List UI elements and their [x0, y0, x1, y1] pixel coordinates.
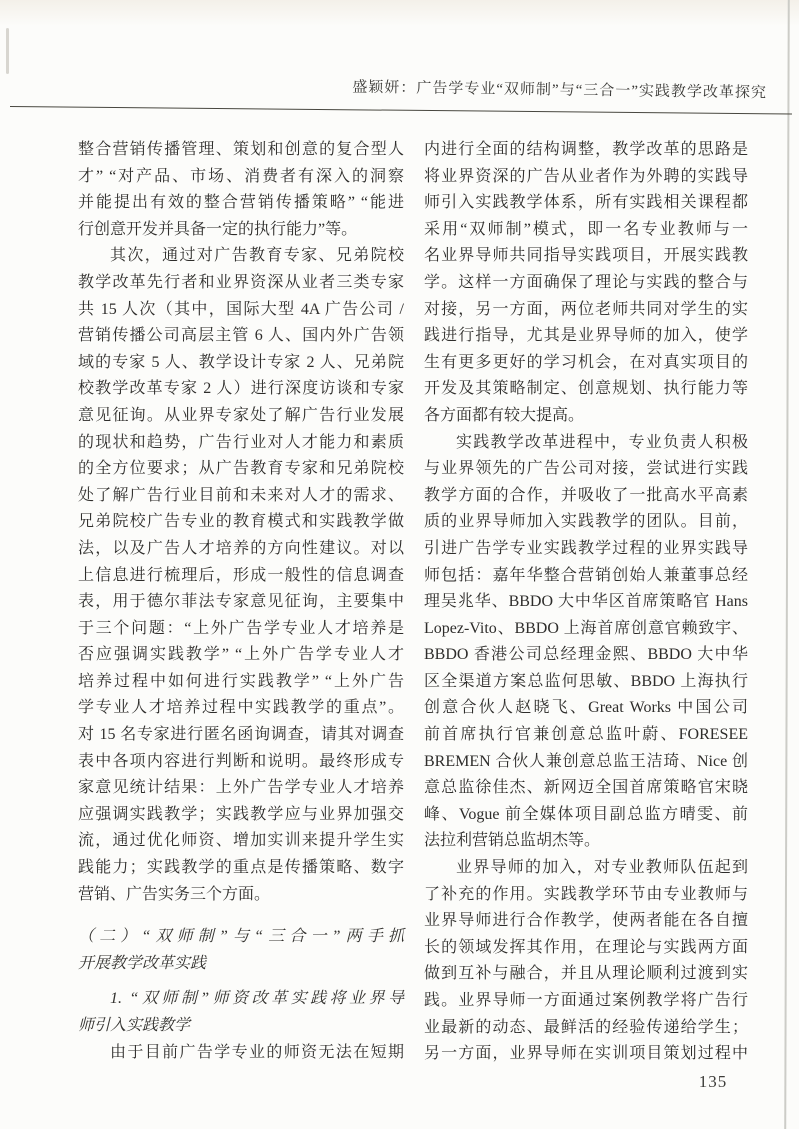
text-line: 业界导师进行合作教学，使两者能在各自擅	[424, 908, 748, 935]
body-block: 其次，通过对广告教育专家、兄弟院校教学改革先行者和业界资深从业者三类专家共 15…	[78, 243, 404, 908]
text-line: 生有更多更好的学习机会，在对真实项目的	[424, 350, 748, 377]
text-line: 创意合伙人赵晓飞、Great Works 中国公司	[424, 695, 748, 722]
text-line: 的全方位要求；从广告教育专家和兄弟院校	[78, 456, 404, 483]
text-line: 法，以及广告人才培养的方向性建议。对以	[78, 536, 404, 563]
body-block: 整合营销传播管理、策划和创意的复合型人才” “对产品、市场、消费者有深入的洞察并…	[78, 137, 404, 243]
body-block: 业界导师的加入，对专业教师队伍起到了补充的作用。实践教学环节由专业教师与业界导师…	[424, 855, 748, 1068]
text-line: 引进广告学专业实践教学过程的业界实践导	[424, 536, 748, 563]
text-line: 各方面都有较大提高。	[424, 403, 748, 430]
text-line: 了补充的作用。实践教学环节由专业教师与	[424, 882, 748, 909]
text-line: BREMEN 合伙人兼创意总监王洁琦、Nice 创	[424, 749, 748, 776]
text-line: 践。业界导师一方面通过案例教学将广告行	[424, 988, 748, 1015]
text-line: （二）“双师制”与“三合一”两手抓	[78, 924, 404, 951]
text-line: 内进行全面的结构调整，教学改革的思路是	[424, 137, 748, 164]
text-line: 流，通过优化师资、增加实训来提升学生实	[78, 828, 404, 855]
text-line: BBDO 香港公司总经理金熙、BBDO 大中华	[424, 642, 748, 669]
text-line: 共 15 人次（其中，国际大型 4A 广告公司 /	[78, 297, 404, 324]
text-line: 与业界领先的广告公司对接，尝试进行实践	[424, 456, 748, 483]
text-line: 意总监徐佳杰、新网迈全国首席策略官宋晓	[424, 775, 748, 802]
text-line: 营销、广告实务三个方面。	[78, 882, 404, 909]
body-block: 由于目前广告学专业的师资无法在短期	[78, 1040, 404, 1067]
text-line: 法拉利营销总监胡杰等。	[424, 828, 748, 855]
scanned-paper-page: 盛颖妍：广告学专业“双师制”与“三合一”实践教学改革探究 整合营销传播管理、策划…	[0, 0, 799, 1129]
text-line: 行创意开发并具备一定的执行能力”等。	[78, 217, 404, 244]
text-line: 兄弟院校广告专业的教育模式和实践教学做	[78, 509, 404, 536]
text-line: 应强调实践教学；实践教学应与业界加强交	[78, 802, 404, 829]
text-line: 峰、Vogue 前全媒体项目副总监方晴雯、前	[424, 802, 748, 829]
text-line: 意见征询。从业界专家处了解广告行业发展	[78, 403, 404, 430]
text-line: 践进行指导，尤其是业界导师的加入，使学	[424, 323, 748, 350]
text-line: 做到互补与融合，并且从理论顺利过渡到实	[424, 961, 748, 988]
text-line: 的现状和趋势，广告行业对人才能力和素质	[78, 430, 404, 457]
text-line: 践能力；实践教学的重点是传播策略、数字	[78, 855, 404, 882]
text-line: 师包括：嘉年华整合营销创始人兼董事总经	[424, 563, 748, 590]
text-line: 实践教学改革进程中，专业负责人积极	[424, 430, 748, 457]
text-line: 表中各项内容进行判断和说明。最终形成专	[78, 749, 404, 776]
text-line: 域的专家 5 人、教学设计专家 2 人、兄弟院	[78, 350, 404, 377]
text-line: 师引入实践教学	[78, 1013, 404, 1040]
text-line: 由于目前广告学专业的师资无法在短期	[78, 1040, 404, 1067]
text-line: 处了解广告行业目前和未来对人才的需求、	[78, 483, 404, 510]
text-line: 另一方面，业界导师在实训项目策划过程中	[424, 1041, 748, 1068]
text-line: 理吴兆华、BBDO 大中华区首席策略官 Hans	[424, 589, 748, 616]
text-line: 对 15 名专家进行匿名函询调查，请其对调查	[78, 722, 404, 749]
text-line: Lopez-Vito、BBDO 上海首席创意官赖致宇、	[424, 616, 748, 643]
text-line: 名业界导师共同指导实践项目，开展实践教	[424, 243, 748, 270]
text-line: 才” “对产品、市场、消费者有深入的洞察	[78, 164, 404, 191]
text-line: 前首席执行官兼创意总监叶蔚、FORESEE	[424, 722, 748, 749]
text-line: 校教学改革专家 2 人）进行深度访谈和专家	[78, 376, 404, 403]
text-line: 1. “双师制”师资改革实践将业界导	[78, 986, 404, 1013]
text-line: 否应强调实践教学” “上外广告学专业人才	[78, 642, 404, 669]
text-line: 区全渠道方案总监何思敏、BBDO 上海执行	[424, 669, 748, 696]
text-line: 开展教学改革实践	[78, 951, 404, 978]
text-line: 教学方面的合作，并吸收了一批高水平高素	[424, 483, 748, 510]
heading-block: （二）“双师制”与“三合一”两手抓开展教学改革实践	[78, 924, 404, 977]
left-text-column: 整合营销传播管理、策划和创意的复合型人才” “对产品、市场、消费者有深入的洞察并…	[78, 137, 404, 1066]
text-line: 营销传播公司高层主管 6 人、国内外广告领	[78, 323, 404, 350]
text-line: 长的领域发挥其作用，在理论与实践两方面	[424, 935, 748, 962]
right-text-column: 内进行全面的结构调整，教学改革的思路是将业界资深的广告从业者作为外聘的实践导师引…	[424, 137, 748, 1068]
text-line: 表，用于德尔菲法专家意见征询，主要集中	[78, 589, 404, 616]
body-block: 实践教学改革进程中，专业负责人积极与业界领先的广告公司对接，尝试进行实践教学方面…	[424, 430, 748, 856]
text-line: 对接，另一方面，两位老师共同对学生的实	[424, 297, 748, 324]
scan-left-mark	[6, 28, 9, 74]
text-line: 上信息进行梳理后，形成一般性的信息调查	[78, 563, 404, 590]
scan-top-shadow	[0, 0, 799, 26]
page-number: 135	[690, 1072, 736, 1092]
text-line: 家意见统计结果：上外广告学专业人才培养	[78, 775, 404, 802]
text-line: 学专业人才培养过程中实践教学的重点”。	[78, 695, 404, 722]
text-line: 学。这样一方面确保了理论与实践的整合与	[424, 270, 748, 297]
text-line: 培养过程中如何进行实践教学” “上外广告	[78, 669, 404, 696]
scan-right-edge-line	[784, 0, 789, 1129]
text-line: 将业界资深的广告从业者作为外聘的实践导	[424, 164, 748, 191]
text-line: 业界导师的加入，对专业教师队伍起到	[424, 855, 748, 882]
running-header: 盛颖妍：广告学专业“双师制”与“三合一”实践教学改革探究	[0, 71, 767, 103]
text-line: 教学改革先行者和业界资深从业者三类专家	[78, 270, 404, 297]
text-line: 于三个问题：“上外广告学专业人才培养是	[78, 616, 404, 643]
text-line: 开发及其策略制定、创意规划、执行能力等	[424, 376, 748, 403]
text-line: 师引入实践教学体系，所有实践相关课程都	[424, 190, 748, 217]
text-line: 整合营销传播管理、策划和创意的复合型人	[78, 137, 404, 164]
sub-block: 1. “双师制”师资改革实践将业界导师引入实践教学	[78, 986, 404, 1039]
text-line: 并能提出有效的整合营销传播策略” “能进	[78, 190, 404, 217]
text-line: 其次，通过对广告教育专家、兄弟院校	[78, 243, 404, 270]
body-block: 内进行全面的结构调整，教学改革的思路是将业界资深的广告从业者作为外聘的实践导师引…	[424, 137, 748, 430]
header-rule	[10, 106, 792, 115]
text-line: 质的业界导师加入实践教学的团队。目前，	[424, 509, 748, 536]
text-line: 业最新的动态、最鲜活的经验传递给学生；	[424, 1015, 748, 1042]
text-line: 采用“双师制”模式，即一名专业教师与一	[424, 217, 748, 244]
